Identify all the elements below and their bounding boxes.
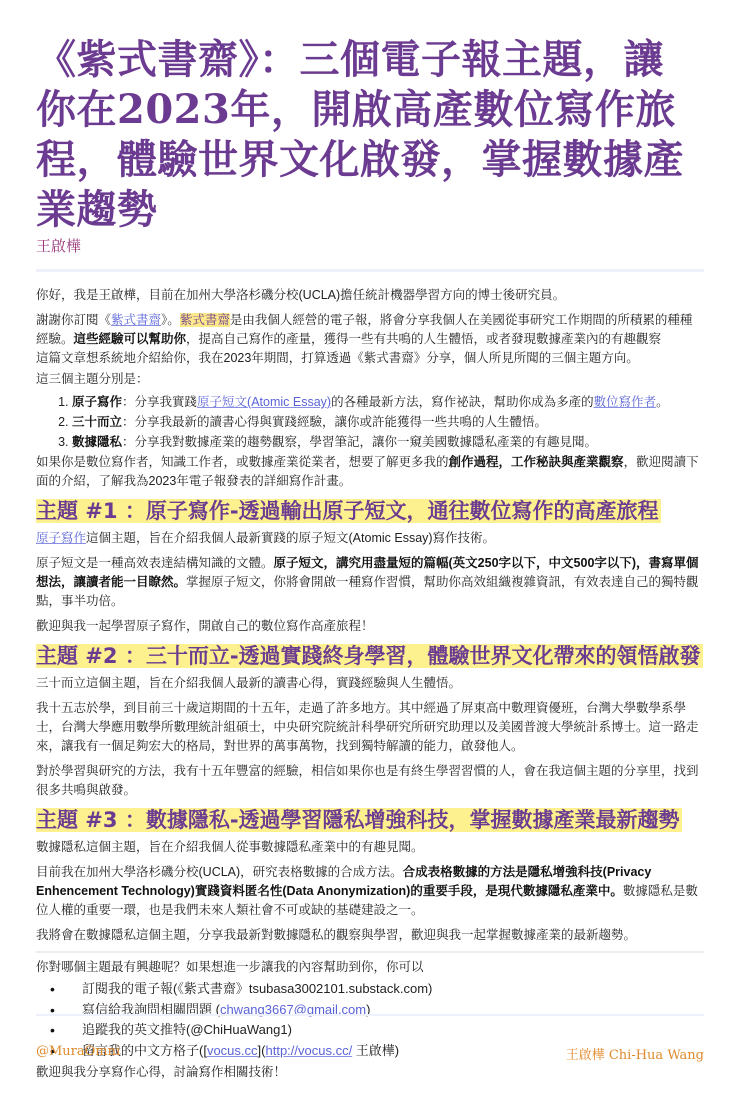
text: ：分享我實踐 (122, 395, 197, 409)
text: 如果你是數位寫作者，知識工作者，或數據產業從業者，想要了解更多我的 (36, 455, 449, 469)
action-item-subscribe: 訂閱我的電子報(《紫式書齋》tsubasa3002101.substack.co… (82, 979, 704, 1000)
theme-paragraph: 原子短文是一種高效表達結構知識的文體。原子短文，講究用盡量短的篇幅(英文250字… (36, 554, 704, 611)
title-year: 2023 (117, 86, 230, 133)
divider (36, 951, 704, 953)
page-title: 《紫式書齋》：三個電子報主題，讓你在2023年，開啟高產數位寫作旅程，體驗世界文… (36, 0, 704, 235)
text: 目前我在加州大學洛杉磯分校(UCLA)，研究表格數據的合成方法。 (36, 865, 403, 879)
theme-paragraph: 對於學習與研究的方法，我有十五年豐富的經驗，相信如果你也是有終生學習習慣的人，會… (36, 762, 704, 800)
vocus-url-link[interactable]: http://vocus.cc/ (265, 1043, 352, 1058)
bold-text: 創作過程 (449, 455, 499, 469)
vocus-link[interactable]: vocus.cc (207, 1043, 258, 1058)
text: 謝謝你訂閱 (36, 313, 99, 327)
author-name: 王啟樺 (36, 237, 704, 257)
article-body: 你好，我是王啟樺，目前在加州大學洛杉磯分校(UCLA)擔任統計機器學習方向的博士… (36, 286, 704, 1082)
action-item-twitter: 追蹤我的英文推特(@ChiHuaWang1) (82, 1020, 704, 1041)
theme-paragraph: 數據隱私這個主題，旨在介紹我個人從事數據隱私產業中的有趣見聞。 (36, 838, 704, 857)
theme-paragraph: 目前我在加州大學洛杉磯分校(UCLA)，研究表格數據的合成方法。合成表格數據的方… (36, 863, 704, 920)
topic-item: 數據隱私：分享我對數據產業的趨勢觀察，學習筆記，讓你一窺美國數據隱私產業的有趣見… (72, 433, 704, 452)
intro-paragraph: 謝謝你訂閱《紫式書齋》。紫式書齋是由我個人經營的電子報，將會分享我個人在美國從事… (36, 311, 704, 349)
theme-2-heading: 主題 #2 ：三十而立-透過實踐終身學習，體驗世界文化帶來的領悟啟發 (36, 642, 704, 670)
text: 《 (99, 313, 112, 327)
text: ：分享我最新的讀書心得與實踐經驗，讓你或許能獲得一些共鳴的人生體悟。 (122, 415, 547, 429)
bold-text: 工作秘訣與產業觀察 (511, 455, 624, 469)
topic-name: 原子寫作 (72, 395, 122, 409)
newsletter-link[interactable]: 紫式書齋 (111, 313, 161, 327)
theme-paragraph: 三十而立這個主題，旨在介紹我個人最新的讀書心得，實踐經驗與人生體悟。 (36, 674, 704, 693)
topic-item: 三十而立：分享我最新的讀書心得與實踐經驗，讓你或許能獲得一些共鳴的人生體悟。 (72, 413, 704, 432)
text: 的各種最新方法，寫作祕訣，幫助你成為多產的 (331, 395, 594, 409)
text: 這個主題，旨在介紹我個人最新實踐的原子短文(Atomic Essay)寫作技術。 (86, 531, 495, 545)
text: ：分享我對數據產業的趨勢觀察，學習筆記，讓你一窺美國數據隱私產業的有趣見聞。 (122, 435, 597, 449)
action-item-email: 寫信給我詢問相關問題 (chwang3667@gmail.com) (82, 1000, 704, 1021)
theme-3-heading: 主題 #3 ：數據隱私-透過學習隱私增強科技，掌握數據產業最新趨勢 (36, 806, 704, 834)
closing-question: 你對哪個主題最有興趣呢？如果想進一步讓我的內容幫助到你，你可以 (36, 958, 704, 977)
text: 。 (656, 395, 669, 409)
footer-handle: @MuraOmni (36, 1044, 120, 1059)
intro-paragraph: 如果你是數位寫作者，知識工作者，或數據產業從業者，想要了解更多我的創作過程，工作… (36, 453, 704, 491)
digital-writer-link[interactable]: 數位寫作者 (594, 395, 657, 409)
bold-text: ， (499, 455, 512, 469)
signoff: 歡迎與我分享寫作心得，討論寫作相關技術！ (36, 1063, 704, 1082)
theme-1-heading: 主題 #1 ：原子寫作-透過輸出原子短文，通往數位寫作的高產旅程 (36, 497, 704, 525)
theme-paragraph: 原子寫作這個主題，旨在介紹我個人最新實踐的原子短文(Atomic Essay)寫… (36, 529, 704, 548)
text: 追蹤我的英文推特(@ChiHuaWang1) (82, 1022, 292, 1037)
topic-name: 三十而立 (72, 415, 122, 429)
intro-paragraph: 這三個主題分別是： (36, 370, 704, 389)
highlighted-text: 紫式書齋 (180, 313, 230, 327)
heading-text: 主題 #3 ：數據隱私-透過學習隱私增強科技，掌握數據產業最新趨勢 (36, 808, 682, 832)
atomic-essay-link[interactable]: 原子短文(Atomic Essay) (197, 395, 331, 409)
theme-paragraph: 我將會在數據隱私這個主題，分享我最新對數據隱私的觀察與學習，歡迎與我一起掌握數據… (36, 926, 704, 945)
document-page: 《紫式書齋》：三個電子報主題，讓你在2023年，開啟高產數位寫作旅程，體驗世界文… (36, 0, 704, 1082)
intro-paragraph: 你好，我是王啟樺，目前在加州大學洛杉磯分校(UCLA)擔任統計機器學習方向的博士… (36, 286, 704, 305)
topics-list: 原子寫作：分享我實踐原子短文(Atomic Essay)的各種最新方法，寫作祕訣… (36, 393, 704, 452)
divider (36, 269, 704, 272)
bold-text: 這些經驗可以幫助你 (74, 332, 187, 346)
text: 原子短文是一種高效表達結構知識的文體。 (36, 556, 274, 570)
topic-item: 原子寫作：分享我實踐原子短文(Atomic Essay)的各種最新方法，寫作祕訣… (72, 393, 704, 412)
intro-paragraph: 這篇文章想系統地介紹給你，我在2023年期間，打算透過《紫式書齋》分享，個人所見… (36, 349, 704, 368)
heading-text: 主題 #1 ：原子寫作-透過輸出原子短文，通往數位寫作的高產旅程 (36, 499, 661, 523)
footer-divider (36, 1014, 704, 1016)
footer-author: 王啟樺 Chi-Hua Wang (566, 1044, 704, 1063)
text: 訂閱我的電子報(《紫式書齋》tsubasa3002101.substack.co… (82, 981, 432, 996)
atomic-writing-link[interactable]: 原子寫作 (36, 531, 86, 545)
heading-text: 主題 #2 ：三十而立-透過實踐終身學習，體驗世界文化帶來的領悟啟發 (36, 644, 703, 668)
text: 王啟樺) (352, 1043, 399, 1058)
theme-paragraph: 歡迎與我一起學習原子寫作，開啟自己的數位寫作高產旅程！ (36, 617, 704, 636)
theme-paragraph: 我十五志於學，到目前三十歲這期間的十五年，走過了許多地方。其中經過了屏東高中數理… (36, 699, 704, 756)
topic-name: 數據隱私 (72, 435, 122, 449)
text: 》。 (161, 313, 180, 327)
text: ，提高自己寫作的產量，獲得一些有共鳴的人生體悟，或者發現數據產業內的有趣觀察 (186, 332, 661, 346)
